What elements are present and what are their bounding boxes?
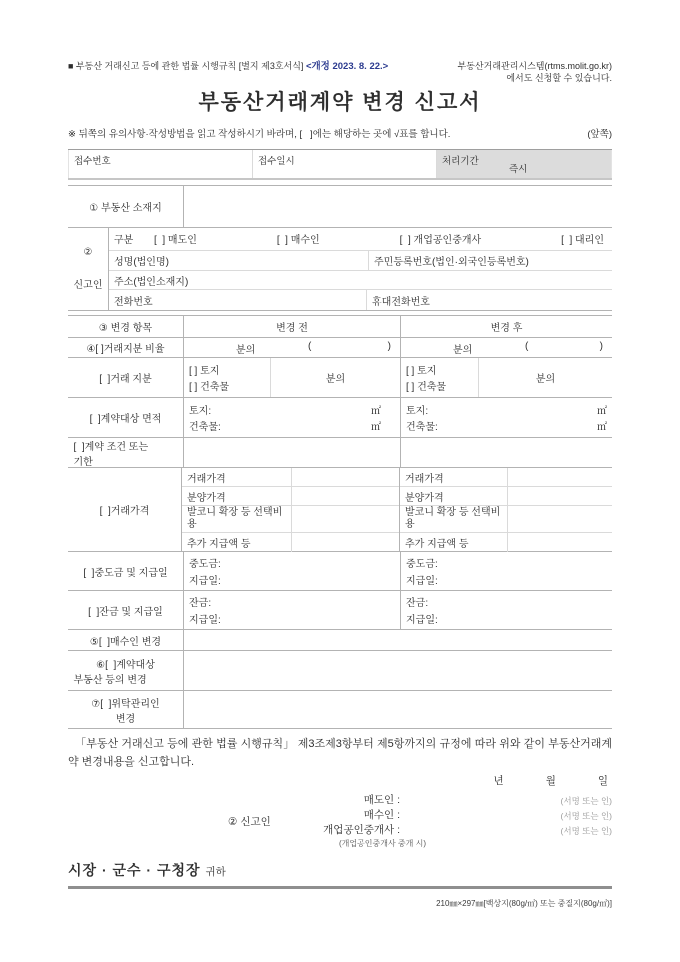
checkbox-seller[interactable]: [ ] 매도인	[154, 231, 197, 246]
custodian-change-line2: 변경	[73, 710, 178, 725]
property-change-label[interactable]: ⑥[ ]계약대상 부동산 등의 변경	[68, 651, 183, 690]
sqm-unit: ㎡	[371, 402, 395, 417]
seal-note: (서명 또는 인)	[561, 809, 612, 824]
paren-open: (	[525, 341, 528, 352]
interim-amount-label: 중도금:	[189, 555, 221, 570]
price-value-field[interactable]	[291, 506, 399, 532]
reporter-rrn-field[interactable]: 주민등록번호(법인·외국인등록번호)	[368, 251, 612, 271]
online-system-note: 부동산거래관리시스템(rtms.molit.go.kr) 에서도 신청할 수 있…	[406, 60, 612, 84]
area-building-label: 건축물:	[406, 418, 438, 433]
share-unit: 분의	[326, 370, 345, 385]
broker-signature-label: 개업공인중개사 :	[68, 823, 400, 838]
ratio-unit: 분의	[453, 341, 472, 356]
balance-amount-label: 잔금:	[406, 594, 428, 609]
date-line: 년 월 일	[68, 774, 612, 788]
price-row-label: 발코니 확장 등 선택비용	[182, 506, 291, 532]
price-row-label: 거래가격	[400, 468, 507, 486]
share-ratio-label[interactable]: ④[ ]거래지분 비율	[68, 338, 183, 357]
area-before-field[interactable]: 토지:㎡ 건축물:㎡	[183, 398, 400, 437]
balance-amount-label: 잔금:	[189, 594, 211, 609]
condition-label-line2: 기한	[73, 453, 179, 468]
receipt-number-label: 접수번호	[74, 156, 111, 167]
share-unit: 분의	[536, 370, 555, 385]
price-value-field[interactable]	[291, 533, 399, 552]
area-land-label: 토지:	[189, 402, 211, 417]
change-table: ③ 변경 항목 변경 전 변경 후 ④[ ]거래지분 비율 분의 ( ) 분의 …	[68, 315, 612, 729]
price-value-field[interactable]	[507, 506, 612, 532]
receipt-number-cell[interactable]: 접수번호	[68, 150, 252, 178]
after-header: 변경 후	[400, 316, 612, 337]
seal-note: (서명 또는 인)	[561, 794, 612, 809]
interim-date-label: 지급일:	[406, 572, 438, 587]
receipt-strip: 접수번호 접수일시 처리기간 즉시	[68, 149, 612, 180]
paren-close: )	[600, 341, 603, 352]
processing-period-cell: 처리기간 즉시	[436, 150, 612, 178]
checkbox-agent[interactable]: [ ] 대리인	[561, 231, 604, 246]
reporter-phone-field[interactable]: 전화번호	[109, 290, 366, 310]
area-building-label: 건축물:	[189, 418, 221, 433]
sqm-unit: ㎡	[597, 418, 607, 433]
share-before-type: [ ] 토지 [ ] 건축물	[183, 358, 270, 397]
checkbox-building[interactable]: [ ] 건축물	[406, 378, 446, 393]
category-label: 구분	[114, 231, 133, 246]
reporter-address-label: 주소(법인소재지)	[114, 273, 188, 288]
broker-note: (개업공인중개사 중개 시)	[68, 838, 426, 850]
checkbox-buyer[interactable]: [ ] 매수인	[277, 231, 320, 246]
price-row-label: 추가 지급액 등	[182, 533, 291, 552]
seal-note: (서명 또는 인)	[561, 824, 612, 839]
bottom-rule	[68, 886, 612, 889]
price-row-label: 거래가격	[182, 468, 291, 486]
share-after-field[interactable]: 분의	[478, 358, 612, 397]
reporter-name-field[interactable]: 성명(법인명)	[109, 251, 368, 271]
paren-open: (	[308, 341, 311, 352]
reporter-mobile-label: 휴대전화번호	[372, 293, 430, 308]
processing-period-value: 즉시	[509, 161, 527, 175]
checkbox-building[interactable]: [ ] 건축물	[189, 378, 229, 393]
price-value-field[interactable]	[507, 468, 612, 486]
balance-after-field[interactable]: 잔금: 지급일:	[400, 591, 612, 629]
paren-close: )	[388, 341, 391, 352]
condition-label[interactable]: [ ]계약 조건 또는 기한	[68, 438, 183, 467]
share-ratio-after-field[interactable]: 분의 ( )	[400, 338, 612, 357]
reporter-mobile-field[interactable]: 휴대전화번호	[366, 290, 612, 310]
property-change-line2: 부동산 등의 변경	[73, 671, 179, 686]
buyer-signature-label: 매수인 :	[68, 808, 400, 823]
interim-after-field[interactable]: 중도금: 지급일:	[400, 552, 612, 590]
year-label: 년	[494, 774, 504, 788]
custodian-change-field[interactable]	[183, 691, 612, 728]
price-row-label: 발코니 확장 등 선택비용	[400, 506, 507, 532]
price-value-field[interactable]	[291, 487, 399, 505]
checkbox-land[interactable]: [ ] 토지	[406, 362, 436, 377]
interim-amount-label: 중도금:	[406, 555, 438, 570]
share-ratio-before-field[interactable]: 분의 ( )	[183, 338, 400, 357]
balance-date-label: 지급일:	[406, 611, 438, 626]
revision-date: <개정 2023. 8. 22.>	[306, 61, 388, 72]
share-label[interactable]: [ ]거래 지분	[68, 358, 183, 397]
reporter-phone-label: 전화번호	[114, 293, 153, 308]
price-label[interactable]: [ ]거래가격	[68, 468, 181, 551]
property-location-label: ① 부동산 소재지	[68, 186, 183, 227]
sqm-unit: ㎡	[597, 402, 607, 417]
interim-payment-label[interactable]: [ ]중도금 및 지급일	[68, 552, 183, 590]
regulation-note: ■ 부동산 거래신고 등에 관한 법률 시행규칙 [별지 제3호서식]	[68, 61, 303, 71]
recipient-title: 시장 · 군수 · 구청장	[68, 862, 201, 878]
checkbox-land[interactable]: [ ] 토지	[189, 362, 219, 377]
form-header: ■ 부동산 거래신고 등에 관한 법률 시행규칙 [별지 제3호서식] <개정 …	[68, 60, 612, 84]
area-after-field[interactable]: 토지:㎡ 건축물:㎡	[400, 398, 612, 437]
price-value-field[interactable]	[507, 487, 612, 505]
price-row-label: 분양가격	[182, 487, 291, 505]
declaration-text: 「부동산 거래신고 등에 관한 법률 시행규칙」 제3조제3항부터 제5항까지의…	[68, 735, 612, 771]
before-header: 변경 전	[183, 316, 400, 337]
reporter-label: 신고인	[74, 276, 103, 291]
share-after-type: [ ] 토지 [ ] 건축물	[400, 358, 478, 397]
reporter-address-field[interactable]: 주소(법인소재지)	[109, 271, 612, 289]
custodian-change-label[interactable]: ⑦[ ]위탁관리인 변경	[68, 691, 183, 728]
change-item-header: ③ 변경 항목	[68, 316, 183, 337]
signature-block: ② 신고인 매도인 : 매수인 : 개업공인중개사 : (개업공인중개사 중개 …	[68, 793, 612, 853]
form-title: 부동산거래계약 변경 신고서	[68, 91, 612, 115]
property-change-field[interactable]	[183, 651, 612, 690]
balance-payment-label[interactable]: [ ]잔금 및 지급일	[68, 591, 183, 629]
interim-before-field[interactable]: 중도금: 지급일:	[183, 552, 400, 590]
instruction-note: ※ 뒤쪽의 유의사항·작성방법을 읽고 작성하시기 바라며, [ ]에는 해당하…	[68, 128, 450, 141]
price-value-field[interactable]	[507, 533, 612, 552]
page-side-label: (앞쪽)	[587, 128, 612, 141]
share-before-field[interactable]: 분의	[270, 358, 400, 397]
ratio-unit: 분의	[236, 341, 255, 356]
receipt-datetime-cell[interactable]: 접수일시	[252, 150, 436, 178]
day-label: 일	[598, 774, 608, 788]
reporter-category-row: 구분 [ ] 매도인 [ ] 매수인 [ ] 개업공인중개사 [ ] 대리인	[109, 228, 612, 251]
property-change-line1: ⑥[ ]계약대상	[73, 656, 178, 671]
reporter-label-cell: ② 신고인	[68, 228, 108, 310]
condition-before-field[interactable]	[183, 438, 400, 467]
reporter-no: ②	[84, 247, 93, 258]
seller-signature-label: 매도인 :	[68, 793, 400, 808]
buyer-change-label[interactable]: ⑤[ ]매수인 변경	[68, 630, 183, 650]
recipient-suffix: 귀하	[205, 866, 225, 878]
buyer-change-field[interactable]	[183, 630, 612, 650]
condition-after-field[interactable]	[400, 438, 612, 467]
online-system-note-line2: 에서도 신청할 수 있습니다.	[406, 72, 612, 84]
processing-period-label: 처리기간	[442, 156, 479, 167]
sqm-unit: ㎡	[371, 418, 395, 433]
property-location-field[interactable]	[183, 186, 612, 227]
interim-date-label: 지급일:	[189, 572, 221, 587]
form-page: ■ 부동산 거래신고 등에 관한 법률 시행규칙 [별지 제3호서식] <개정 …	[0, 0, 680, 962]
area-land-label: 토지:	[406, 402, 428, 417]
reporter-table: ① 부동산 소재지 ② 신고인 구분 [ ] 매도인 [ ] 매수인 [ ] 개…	[68, 185, 612, 311]
price-value-field[interactable]	[291, 468, 399, 486]
balance-date-label: 지급일:	[189, 611, 221, 626]
reporter-name-label: 성명(법인명)	[114, 253, 169, 268]
checkbox-broker[interactable]: [ ] 개업공인중개사	[400, 231, 482, 246]
reporter-rrn-label: 주민등록번호(법인·외국인등록번호)	[374, 253, 529, 268]
balance-before-field[interactable]: 잔금: 지급일:	[183, 591, 400, 629]
price-row-label: 추가 지급액 등	[400, 533, 507, 552]
month-label: 월	[546, 774, 556, 788]
paper-spec-note: 210㎜×297㎜[백상지(80g/㎡) 또는 중질지(80g/㎡)]	[68, 898, 612, 909]
price-before-block: 거래가격 분양가격 발코니 확장 등 선택비용 추가 지급액 등	[181, 468, 399, 551]
online-system-note-line1: 부동산거래관리시스템(rtms.molit.go.kr)	[406, 60, 612, 72]
price-after-block: 거래가격 분양가격 발코니 확장 등 선택비용 추가 지급액 등	[399, 468, 612, 551]
area-label[interactable]: [ ]계약대상 면적	[68, 398, 183, 437]
condition-label-line1: [ ]계약 조건 또는	[73, 438, 179, 453]
custodian-change-line1: ⑦[ ]위탁관리인	[73, 695, 178, 710]
price-row-label: 분양가격	[400, 487, 507, 505]
recipient-line: 시장 · 군수 · 구청장 귀하	[68, 862, 612, 881]
receipt-datetime-label: 접수일시	[258, 156, 295, 167]
